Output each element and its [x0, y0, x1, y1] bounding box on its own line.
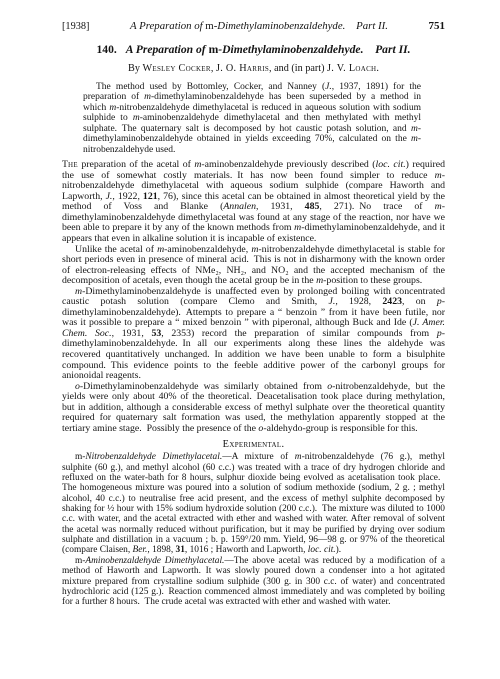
experimental-paragraph-1: m-Nitrobenzaldehyde Dimethylacetal.—A mi… [62, 452, 445, 555]
article-number: 140. [96, 43, 116, 56]
journal-page: [1938] A Preparation of m-Dimethylaminob… [0, 0, 500, 679]
experimental-section-heading: Experimental. [62, 439, 445, 450]
byline: By Wesley Cocker, J. O. Harris, and (in … [62, 63, 445, 74]
article-title: 140.A Preparation of m-Dimethylaminobenz… [62, 43, 445, 56]
running-head: [1938] A Preparation of m-Dimethylaminob… [62, 20, 445, 32]
body-paragraph-3: m-Dimethylaminobenzaldehyde is unaffecte… [62, 287, 445, 382]
running-head-year: [1938] [62, 21, 89, 32]
body-paragraph-1: The preparation of the acetal of m-amino… [62, 160, 445, 244]
running-head-title: A Preparation of m-Dimethylaminobenzalde… [130, 20, 388, 32]
running-head-page-number: 751 [428, 20, 445, 32]
body-paragraph-2: Unlike the acetal of m-aminobenzaldehyde… [62, 245, 445, 287]
abstract-paragraph: The method used by Bottomley, Cocker, an… [83, 82, 421, 155]
article-title-text: A Preparation of m-Dimethylaminobenzalde… [126, 43, 411, 56]
body-paragraph-4: o-Dimethylaminobenzaldehyde was similarl… [62, 382, 445, 435]
experimental-paragraph-2: m-Aminobenzaldehyde Dimethylacetal.—The … [62, 556, 445, 608]
